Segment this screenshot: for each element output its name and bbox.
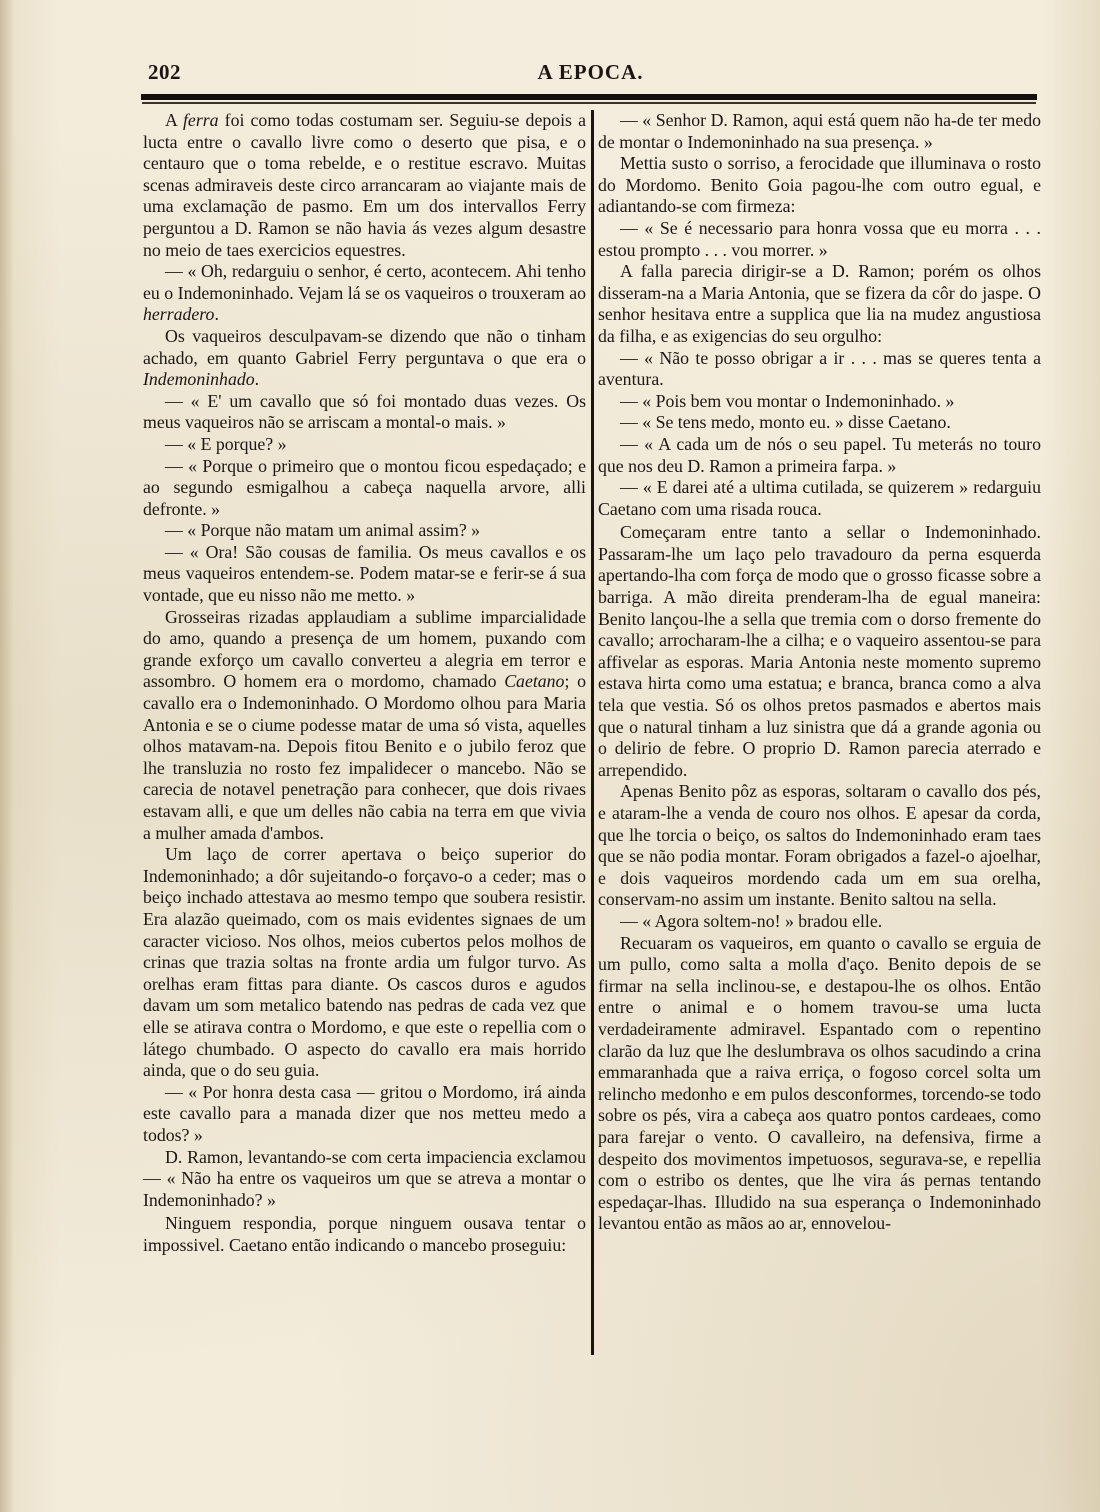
- paragraph: Apenas Benito pôz as esporas, soltaram o…: [598, 781, 1041, 911]
- newspaper-page: 202 A EPOCA. A ferra foi como todas cost…: [0, 0, 1100, 1512]
- page-edge-shadow: [0, 0, 14, 1512]
- paragraph: Recuaram os vaqueiros, em quanto o caval…: [598, 933, 1041, 1235]
- right-column: — « Senhor D. Ramon, aqui está quem não …: [598, 110, 1041, 1235]
- paragraph: A falla parecia dirigir-se a D. Ramon; p…: [598, 261, 1041, 347]
- column-divider: [591, 110, 594, 1355]
- paragraph: — « Porque o primeiro que o montou ficou…: [143, 456, 586, 521]
- paragraph: — « Não te posso obrigar a ir . . . mas …: [598, 348, 1041, 391]
- header-rule: [141, 94, 1037, 102]
- paragraph: — « E' um cavallo que só foi montado dua…: [143, 391, 586, 434]
- paragraph: — « Senhor D. Ramon, aqui está quem não …: [598, 110, 1041, 153]
- left-column: A ferra foi como todas costumam ser. Seg…: [143, 110, 586, 1256]
- paragraph: — « E porque? »: [143, 434, 586, 456]
- paragraph: D. Ramon, levantando-se com certa impaci…: [143, 1147, 586, 1212]
- journal-title: A EPOCA.: [143, 60, 1038, 85]
- paragraph: Começaram entre tanto a sellar o Indemon…: [598, 522, 1041, 781]
- paragraph: — « Se é necessario para honra vossa que…: [598, 218, 1041, 261]
- paragraph: — « Ora! São cousas de familia. Os meus …: [143, 542, 586, 607]
- paragraph: — « Porque não matam um animal assim? »: [143, 520, 586, 542]
- paragraph: Ninguem respondia, porque ninguem ousava…: [143, 1213, 586, 1256]
- paragraph: — « Agora soltem-no! » bradou elle.: [598, 911, 1041, 933]
- paragraph: Um laço de correr apertava o beiço super…: [143, 844, 586, 1082]
- paragraph: Grosseiras rizadas applaudiam a sublime …: [143, 607, 586, 845]
- paragraph: — « Por honra desta casa — gritou o Mord…: [143, 1082, 586, 1147]
- paragraph: — « Pois bem vou montar o Indemoninhado.…: [598, 391, 1041, 413]
- paragraph: — « A cada um de nós o seu papel. Tu met…: [598, 434, 1041, 477]
- paragraph: — « Se tens medo, monto eu. » disse Caet…: [598, 412, 1041, 434]
- paragraph: — « E darei até a ultima cutilada, se qu…: [598, 477, 1041, 520]
- paragraph: Os vaqueiros desculpavam-se dizendo que …: [143, 326, 586, 391]
- paragraph: — « Oh, redarguiu o senhor, é certo, aco…: [143, 261, 586, 326]
- paragraph: Mettia susto o sorriso, a ferocidade que…: [598, 153, 1041, 218]
- paragraph: A ferra foi como todas costumam ser. Seg…: [143, 110, 586, 261]
- page-header: 202 A EPOCA.: [143, 56, 1038, 90]
